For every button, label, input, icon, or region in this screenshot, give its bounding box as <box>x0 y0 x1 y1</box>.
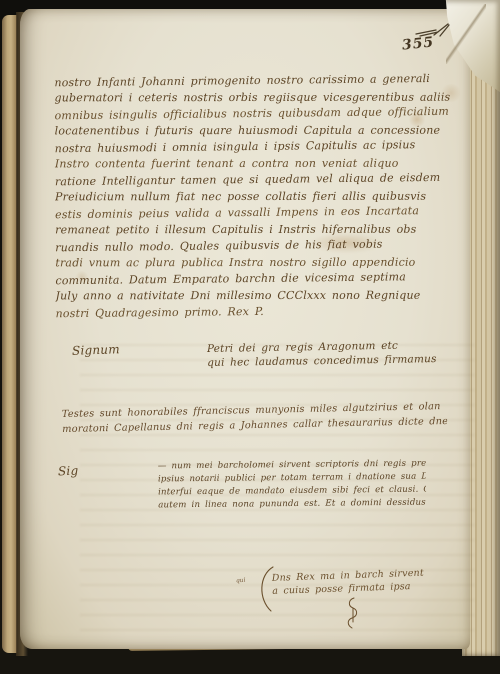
main-text-block: nostro Infanti Johanni primogenito nostr… <box>54 72 455 322</box>
notarial-closing-block: — num mei barcholomei sirvent scriptoris… <box>158 458 427 513</box>
registration-marginal-note: qui <box>236 578 246 585</box>
royal-subscription-block: Petri dei gra regis Aragonum etc qui hec… <box>207 338 442 370</box>
manuscript-line: nostra huiusmodi i omnia isingula i ipsi… <box>55 137 455 158</box>
signum-marginal-word: Signum <box>72 342 120 358</box>
manuscript-line: ratione Intelligantur tamen que si queda… <box>55 170 455 191</box>
paraph-flourish-icon <box>344 596 360 630</box>
manuscript-photo: 355 nostro Infanti Johanni primogenito n… <box>0 0 500 674</box>
manuscript-line: nostro Infanti Johanni primogenito nostr… <box>54 71 454 92</box>
previous-leaf-edge <box>2 15 17 653</box>
manuscript-line: omnibus isingulis officialibus nostris q… <box>54 104 454 125</box>
manuscript-line: autem in linea nona pununda est. Et a do… <box>158 497 426 513</box>
manuscript-line: ruandis nullo modo. Quales quibusvis de … <box>55 236 455 257</box>
sig-marginal-word: Sig <box>58 464 79 479</box>
folio-number: 355 <box>401 34 435 53</box>
manuscript-line: communita. Datum Emparato barchn die vic… <box>55 269 455 290</box>
manuscript-line: nostri Quadragesimo primo. Rex P. <box>56 302 456 323</box>
manuscript-line: estis dominis peius valida a vassalli Im… <box>55 203 455 224</box>
